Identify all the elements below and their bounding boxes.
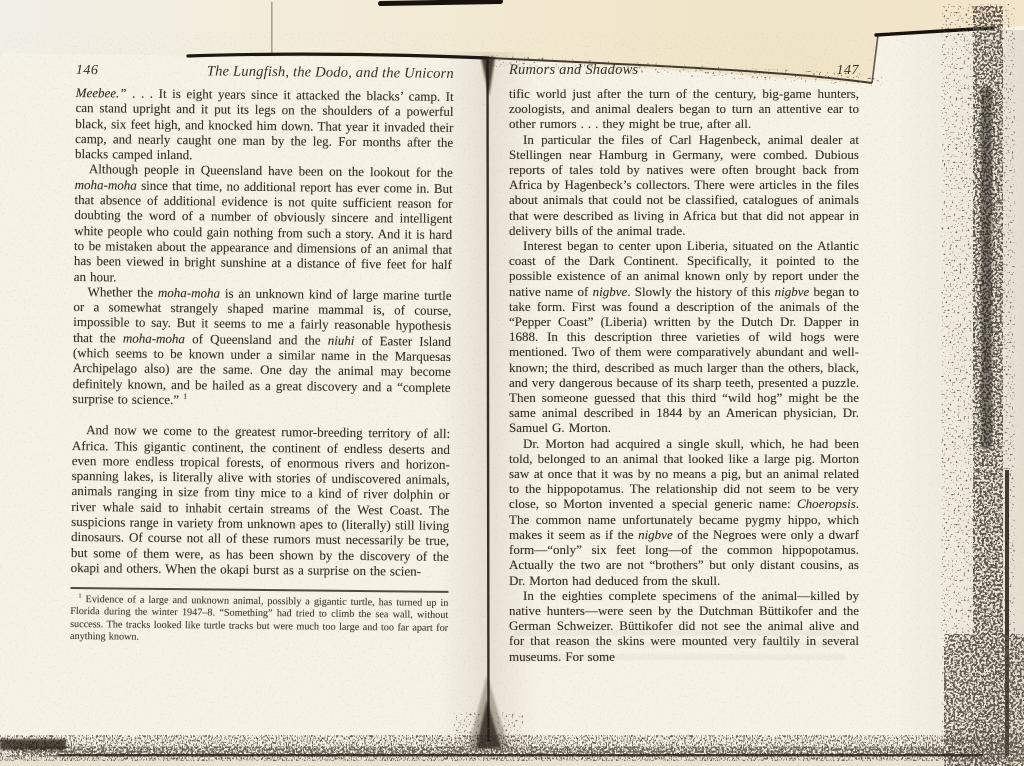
bottom-left-blob [0, 739, 66, 750]
right-page-number: 147 [837, 63, 860, 79]
paragraph: In particular the files of Carl Hagenbec… [509, 132, 859, 238]
left-page-number: 146 [76, 63, 99, 79]
paragraph: tific world just after the turn of the c… [509, 86, 859, 132]
footnote-rule [70, 587, 448, 593]
right-page: Rumors and Shadows 147 tific world just … [509, 62, 859, 664]
paragraph: Meebee.” . . . It is eight years since i… [75, 85, 454, 165]
paragraph: Dr. Morton had acquired a single skull, … [509, 436, 859, 588]
right-page-edge-shadow [890, 30, 1024, 756]
paragraph: Although people in Queensland have been … [74, 161, 453, 287]
paragraph: Whether the moha-moha is an unknown kind… [72, 284, 451, 410]
right-running-head: Rumors and Shadows [509, 62, 837, 79]
show-through-text [515, 630, 845, 664]
right-page-header: Rumors and Shadows 147 [509, 62, 859, 79]
book-scan: 146 The Lungfish, the Dodo, and the Unic… [0, 0, 1024, 766]
left-running-head: The Lungfish, the Dodo, and the Unicorn [98, 62, 454, 83]
left-page-header: 146 The Lungfish, the Dodo, and the Unic… [76, 62, 454, 83]
paragraph: And now we come to the greatest rumor-br… [71, 422, 451, 579]
left-page: 146 The Lungfish, the Dodo, and the Unic… [70, 62, 454, 647]
footnote: 1 Evidence of a large and unknown animal… [70, 594, 448, 647]
paragraph: Interest began to center upon Liberia, s… [509, 238, 859, 436]
background-below-book [0, 756, 1024, 766]
